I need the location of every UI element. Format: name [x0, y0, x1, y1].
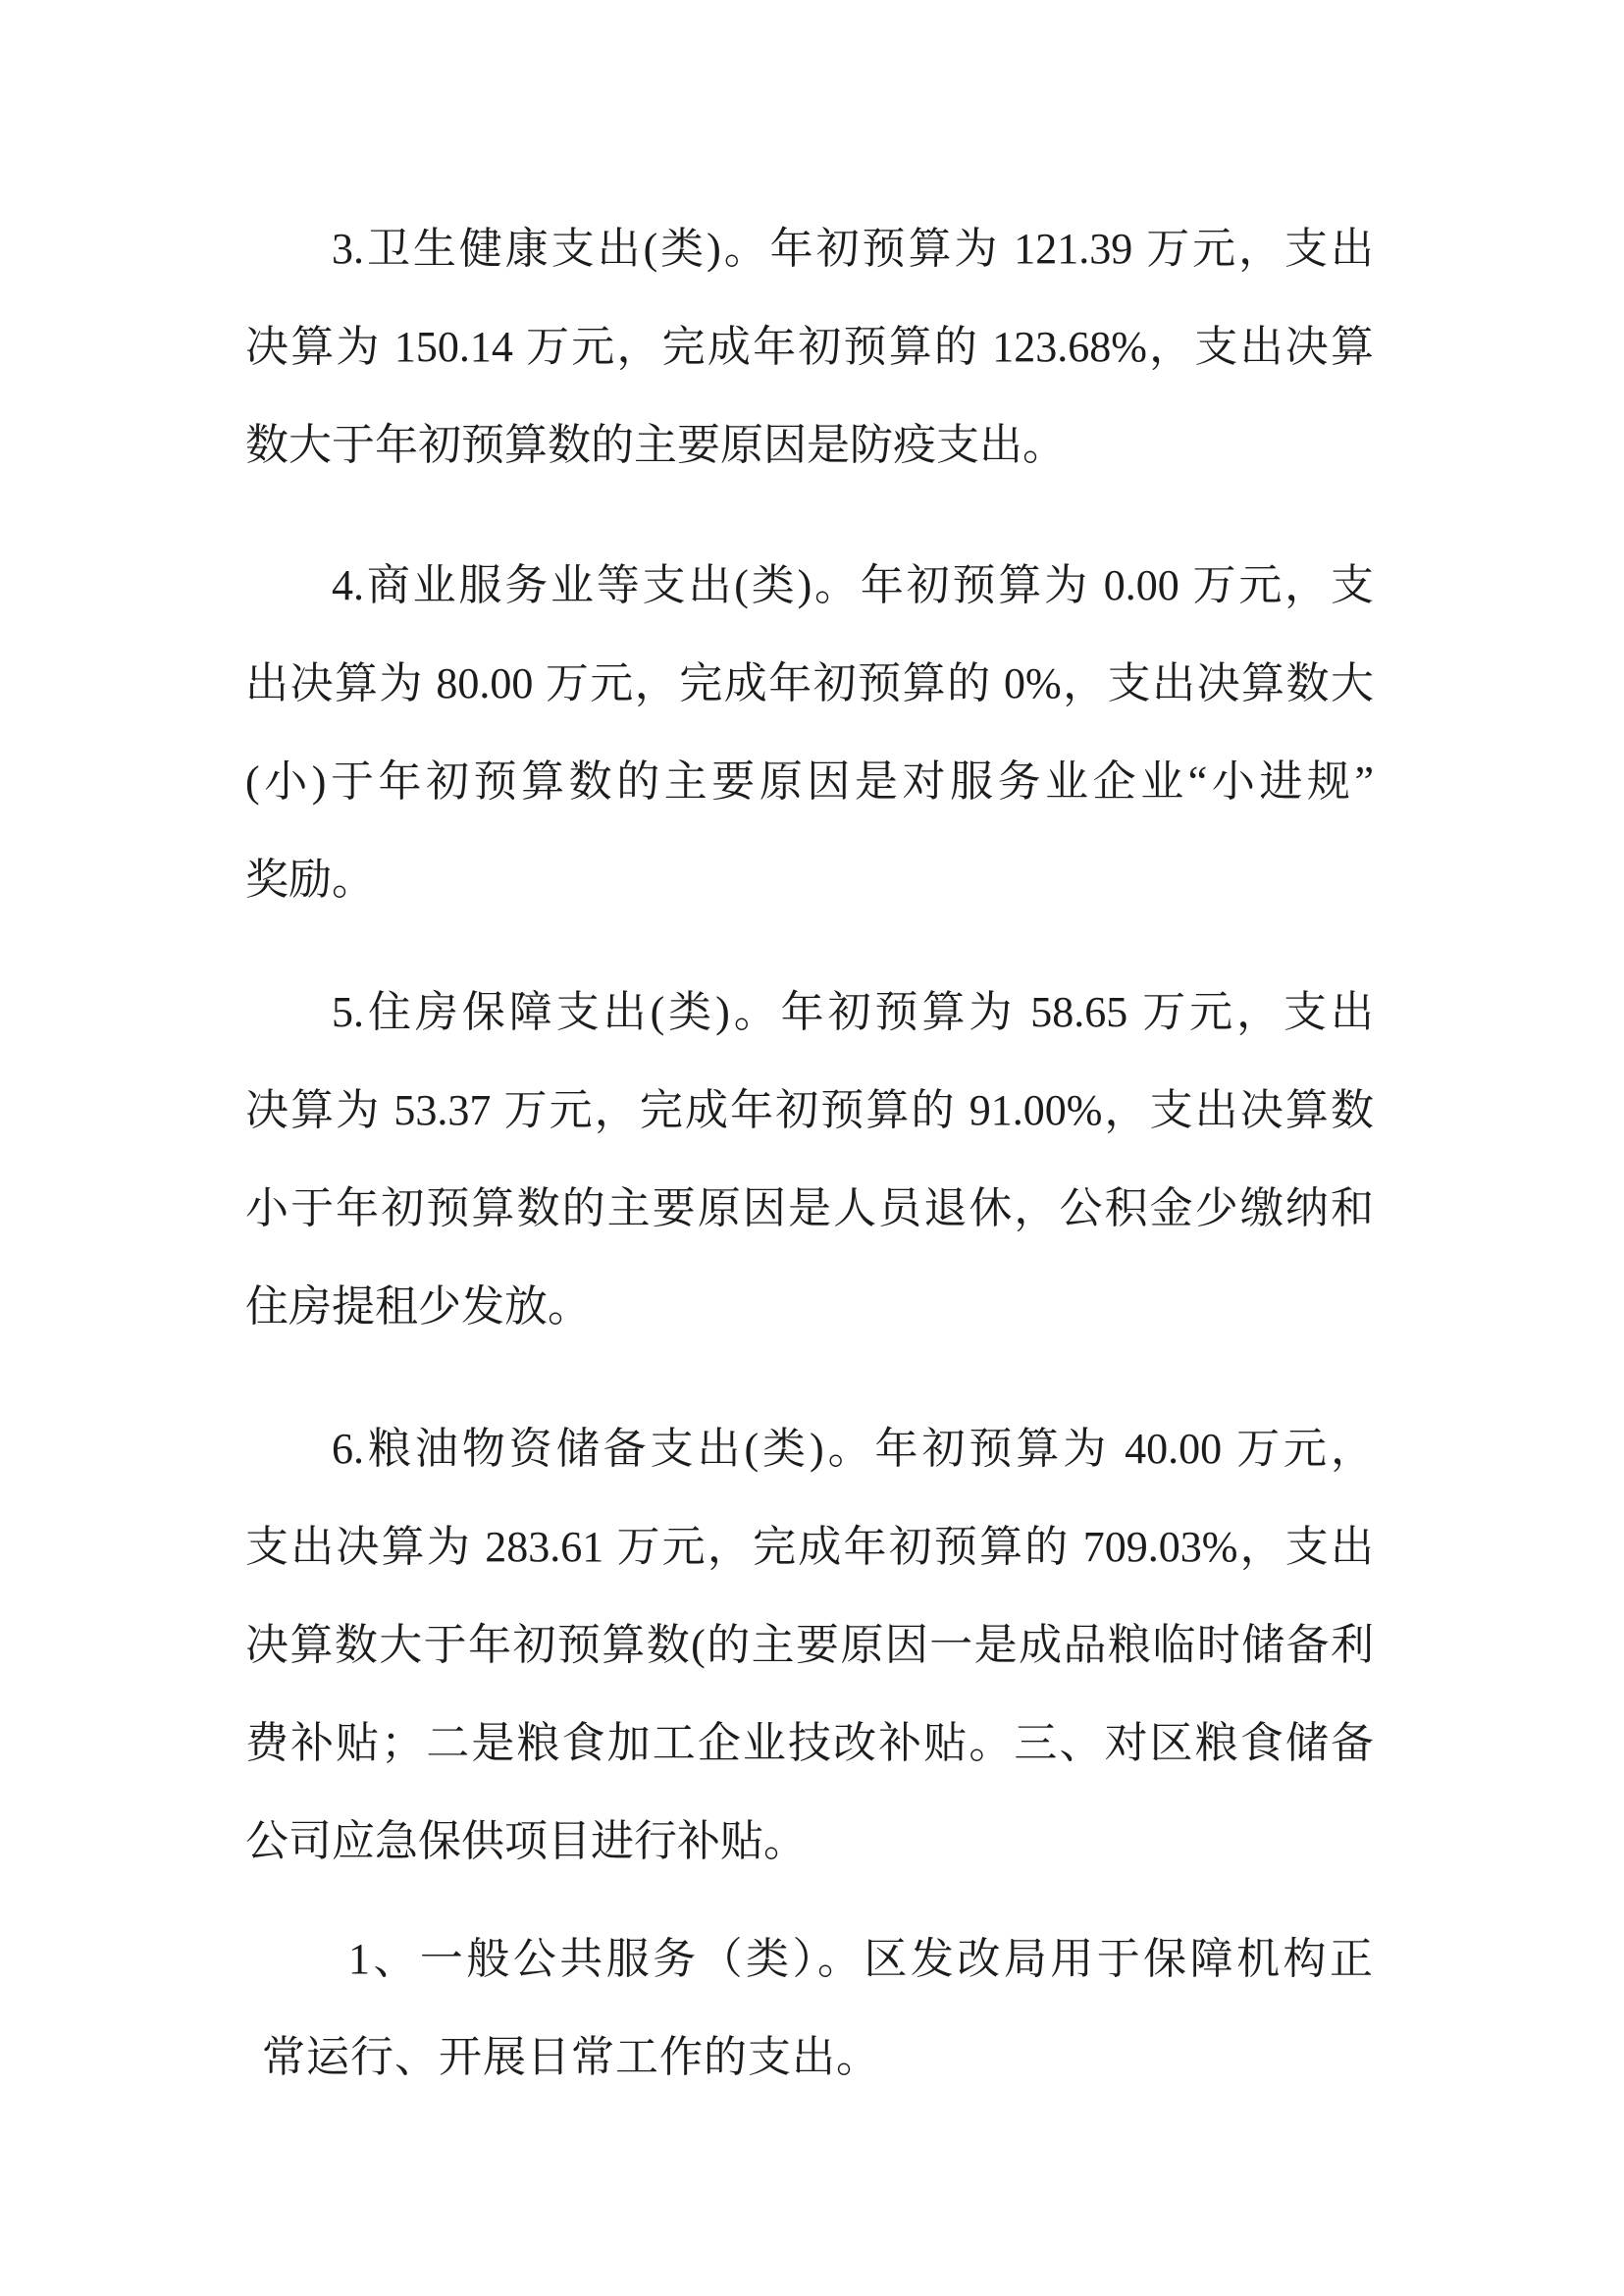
text-line: 决算数大于年初预算数(的主要原因一是成品粮临时储备利	[245, 1596, 1374, 1695]
text-line: 6.粮油物资储备支出(类)。年初预算为 40.00 万元，	[245, 1400, 1374, 1498]
text-line: 支出决算为 283.61 万元，完成年初预算的 709.03%，支出	[245, 1498, 1374, 1596]
text-line: (小)于年初预算数的主要原因是对服务业企业“小进规”	[245, 733, 1374, 831]
paragraph-5-housing-expenditure: 5.住房保障支出(类)。年初预算为 58.65 万元，支出 决算为 53.37 …	[245, 964, 1374, 1356]
text-line: 奖励。	[245, 831, 1374, 929]
text-line: 5.住房保障支出(类)。年初预算为 58.65 万元，支出	[245, 964, 1374, 1062]
text-line: 决算为 150.14 万元，完成年初预算的 123.68%，支出决算	[245, 298, 1374, 396]
paragraph-3-health-expenditure: 3.卫生健康支出(类)。年初预算为 121.39 万元，支出 决算为 150.1…	[245, 200, 1374, 495]
document-page: 3.卫生健康支出(类)。年初预算为 121.39 万元，支出 决算为 150.1…	[0, 0, 1624, 2296]
text-line: 1、一般公共服务（类）。区发改局用于保障机构正	[262, 1910, 1374, 2009]
text-line: 3.卫生健康支出(类)。年初预算为 121.39 万元，支出	[245, 200, 1374, 298]
text-line: 住房提租少发放。	[245, 1258, 1374, 1356]
text-line: 常运行、开展日常工作的支出。	[262, 2009, 1374, 2107]
text-line: 决算为 53.37 万元，完成年初预算的 91.00%，支出决算数	[245, 1062, 1374, 1160]
paragraph-6-grain-reserve-expenditure: 6.粮油物资储备支出(类)。年初预算为 40.00 万元， 支出决算为 283.…	[245, 1400, 1374, 1891]
text-line: 数大于年初预算数的主要原因是防疫支出。	[245, 396, 1374, 495]
text-line: 4.商业服务业等支出(类)。年初预算为 0.00 万元，支	[245, 537, 1374, 635]
text-line: 费补贴；二是粮食加工企业技改补贴。三、对区粮食储备	[245, 1695, 1374, 1793]
text-line: 出决算为 80.00 万元，完成年初预算的 0%，支出决算数大	[245, 635, 1374, 733]
paragraph-1-general-public-service: 1、一般公共服务（类）。区发改局用于保障机构正 常运行、开展日常工作的支出。	[245, 1910, 1374, 2107]
document-body: 3.卫生健康支出(类)。年初预算为 121.39 万元，支出 决算为 150.1…	[245, 200, 1374, 2107]
text-line: 公司应急保供项目进行补贴。	[245, 1793, 1374, 1891]
paragraph-4-commerce-expenditure: 4.商业服务业等支出(类)。年初预算为 0.00 万元，支 出决算为 80.00…	[245, 537, 1374, 929]
text-line: 小于年初预算数的主要原因是人员退休，公积金少缴纳和	[245, 1160, 1374, 1258]
